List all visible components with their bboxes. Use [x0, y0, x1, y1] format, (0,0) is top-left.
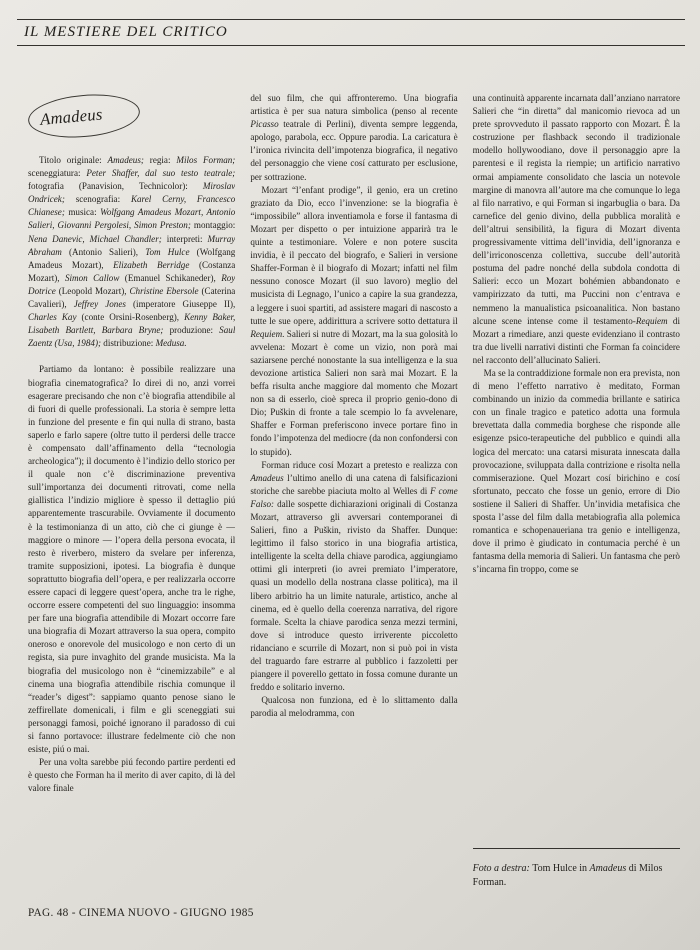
section-title: IL MESTIERE DEL CRITICO	[24, 24, 685, 41]
body-paragraph: Forman riduce cosí Mozart a pretesto e r…	[250, 459, 457, 695]
masthead-rule-top	[17, 19, 685, 20]
credits-block: Titolo originale: Amadeus; regia: Milos …	[28, 154, 235, 350]
photo-caption: Foto a destra: Tom Hulce in Amadeus di M…	[473, 862, 680, 889]
photo-caption-block: Foto a destra: Tom Hulce in Amadeus di M…	[473, 848, 680, 889]
body-paragraph: Per una volta sarebbe piú fecondo partir…	[28, 756, 235, 795]
masthead: IL MESTIERE DEL CRITICO	[17, 19, 685, 46]
page-footer: PAG. 48 - CINEMA NUOVO - GIUGNO 1985	[28, 907, 254, 919]
column-right: una continuità apparente incarnata dall’…	[473, 92, 680, 900]
caption-rule	[473, 848, 680, 849]
masthead-rule-bottom	[17, 45, 685, 46]
article-body: Amadeus Titolo originale: Amadeus; regia…	[28, 92, 680, 900]
article-title-oval: Amadeus	[28, 92, 142, 142]
body-paragraph: Qualcosa non funziona, ed è lo slittamen…	[250, 694, 457, 720]
column-left: Amadeus Titolo originale: Amadeus; regia…	[28, 92, 235, 900]
body-paragraph: Partiamo da lontano: è possibile realizz…	[28, 363, 235, 756]
body-paragraph: Ma se la contraddizione formale non era …	[473, 367, 680, 577]
body-paragraph: del suo film, che qui affronteremo. Una …	[250, 92, 457, 184]
body-paragraph: una continuità apparente incarnata dall’…	[473, 92, 680, 367]
article-title: Amadeus	[40, 108, 103, 126]
body-paragraph: Mozart “l’enfant prodige”, il genio, era…	[250, 184, 457, 459]
magazine-page: IL MESTIERE DEL CRITICO Amadeus Titolo o…	[0, 0, 700, 950]
column-middle: del suo film, che qui affronteremo. Una …	[250, 92, 457, 900]
